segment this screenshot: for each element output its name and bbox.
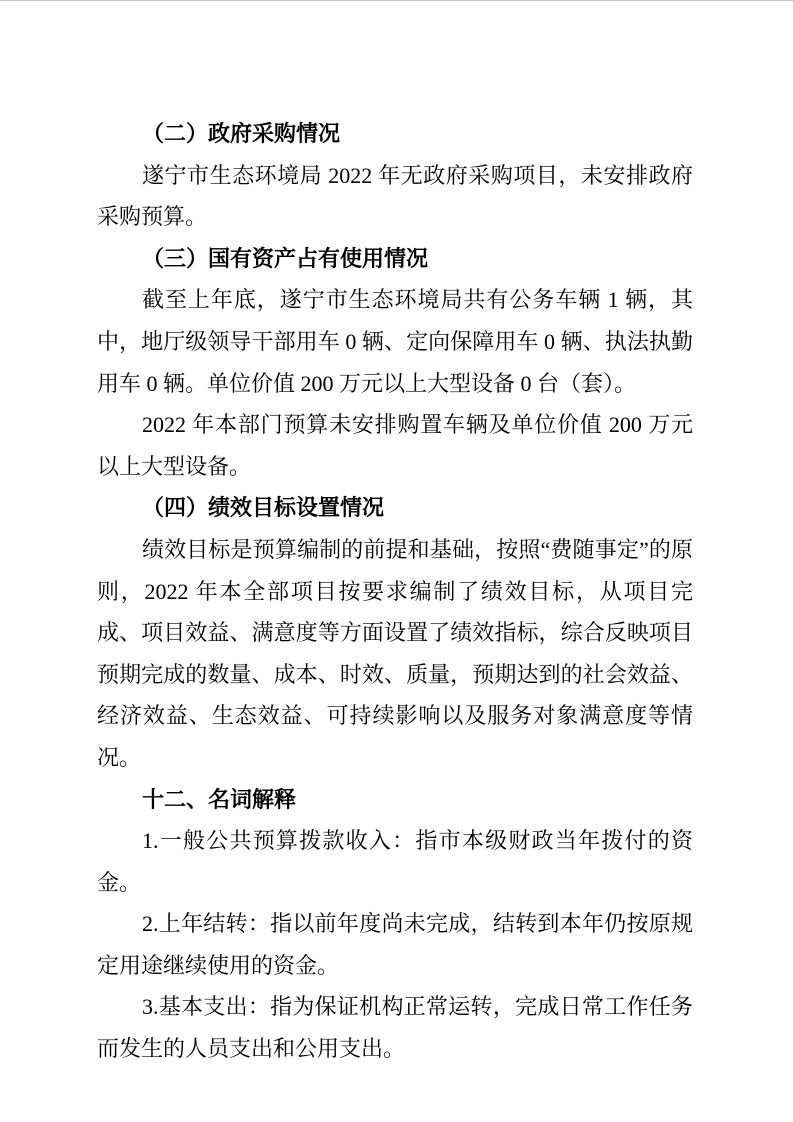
paragraph-vehicles-and-equipment: 截至上年底，遂宁市生态环境局共有公务车辆 1 辆，其中，地厅级领导干部用车 0 … (97, 279, 693, 404)
paragraph-no-planned-purchases: 2022 年本部门预算未安排购置车辆及单位价值 200 万元以上大型设备。 (97, 404, 693, 487)
subheading-government-procurement: （二）政府采购情况 (97, 113, 693, 155)
heading-terminology-explanation: 十二、名词解释 (97, 779, 693, 821)
paragraph-term-carryover-funds: 2.上年结转：指以前年度尚未完成，结转到本年仍按原规定用途继续使用的资金。 (97, 903, 693, 986)
subheading-performance-targets: （四）绩效目标设置情况 (97, 487, 693, 529)
subheading-state-assets-usage: （三）国有资产占有使用情况 (97, 238, 693, 280)
document-page: （二）政府采购情况 遂宁市生态环境局 2022 年无政府采购项目，未安排政府采购… (0, 1, 793, 1122)
document-page-background: { "page": { "background_color": "#ffffff… (0, 0, 793, 1122)
paragraph-procurement-status: 遂宁市生态环境局 2022 年无政府采购项目，未安排政府采购预算。 (97, 155, 693, 238)
paragraph-term-general-budget-income: 1.一般公共预算拨款收入：指市本级财政当年拨付的资金。 (97, 820, 693, 903)
paragraph-term-basic-expenditure: 3.基本支出：指为保证机构正常运转，完成日常工作任务而发生的人员支出和公用支出。 (97, 986, 693, 1069)
paragraph-performance-targets-detail: 绩效目标是预算编制的前提和基础，按照“费随事定”的原则，2022 年本全部项目按… (97, 529, 693, 779)
